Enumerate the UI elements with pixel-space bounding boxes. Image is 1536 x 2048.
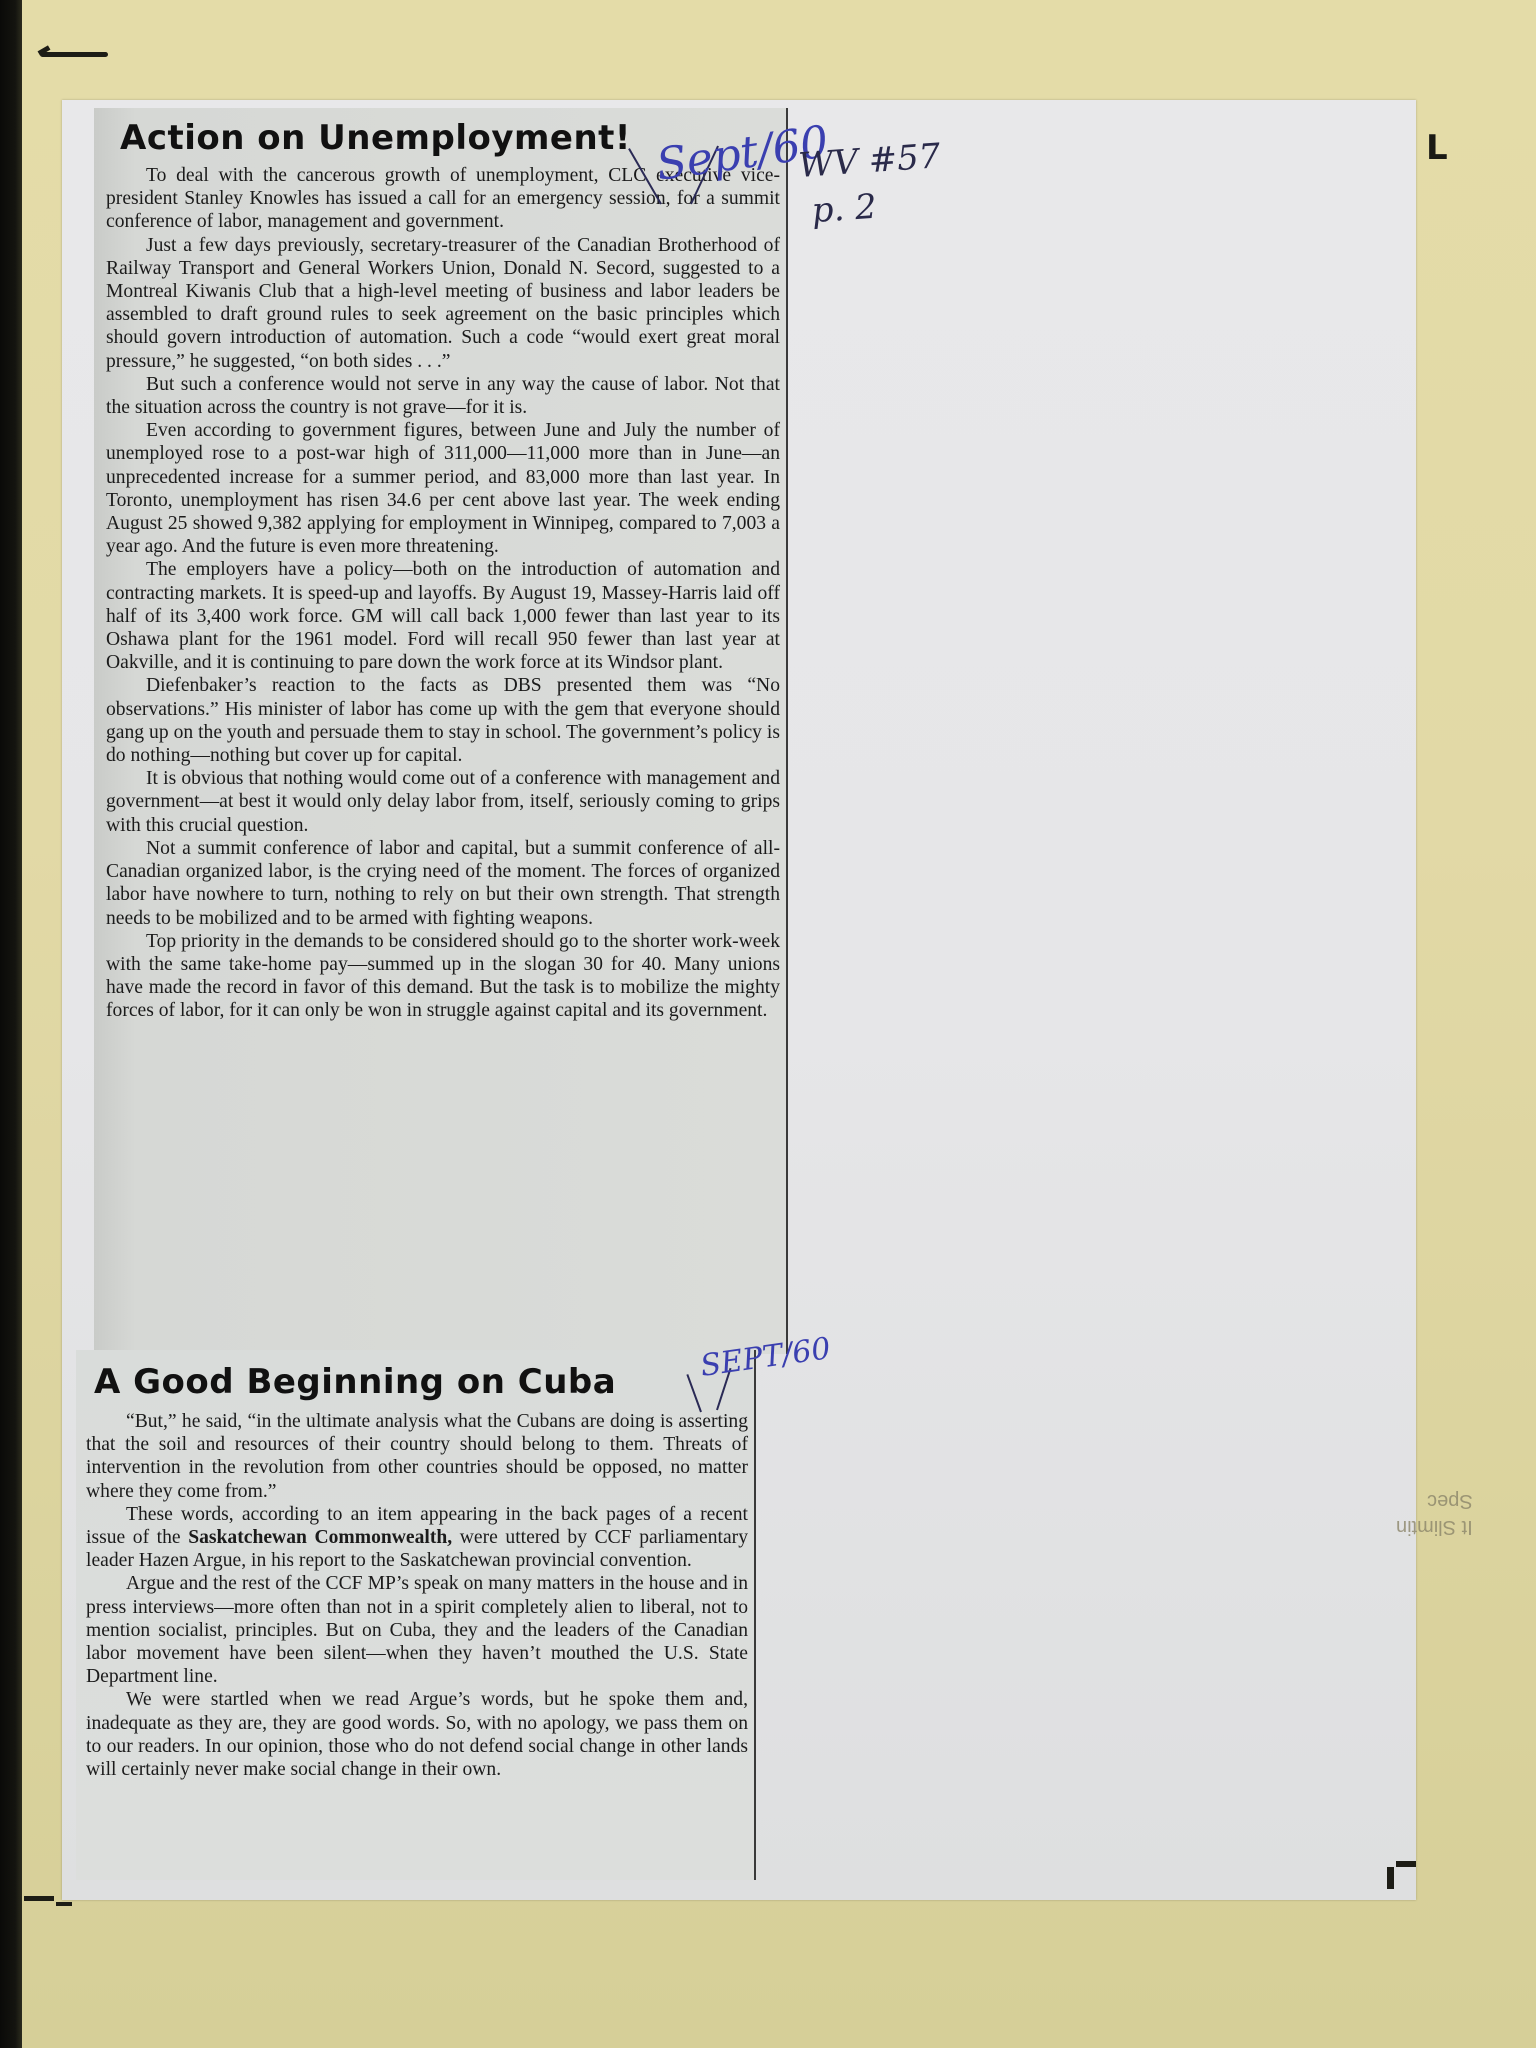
paragraph: Just a few days previously, secretary-tr… xyxy=(106,234,780,373)
paragraph: The employers have a policy—both on the … xyxy=(106,558,780,674)
crop-mark-bottom-right-vertical xyxy=(1387,1867,1394,1889)
clipping-cuba: A Good Beginning on Cuba “But,” he said,… xyxy=(76,1350,756,1880)
arrow-margin-mark xyxy=(40,52,108,57)
paragraph: These words, according to an item appear… xyxy=(86,1503,748,1573)
corner-letter-mark: L xyxy=(1426,128,1448,168)
paragraph: Top priority in the demands to be consid… xyxy=(106,930,780,1023)
handwritten-reference: WV #57 p. 2 xyxy=(797,133,945,235)
paragraph: Even according to government figures, be… xyxy=(106,419,780,558)
crop-mark-bottom-right xyxy=(1396,1861,1416,1867)
headline: A Good Beginning on Cuba xyxy=(76,1350,754,1410)
showthrough-line: Spec xyxy=(1396,1488,1473,1514)
publication-name: Saskatchewan Commonwealth, xyxy=(188,1527,452,1548)
scanner-binding-edge xyxy=(0,0,22,2048)
crop-mark-bottom-left xyxy=(24,1896,54,1901)
showthrough-text: It Slimtin Spec xyxy=(1396,1488,1473,1540)
crop-mark-bottom-left-tick xyxy=(56,1902,72,1906)
paragraph: Not a summit conference of labor and cap… xyxy=(106,837,780,930)
paragraph: But such a conference would not serve in… xyxy=(106,373,780,419)
paragraph: Diefenbaker’s reaction to the facts as D… xyxy=(106,674,780,767)
clipping-unemployment: Action on Unemployment! To deal with the… xyxy=(94,108,788,1354)
showthrough-line: It Slimtin xyxy=(1396,1514,1473,1540)
paragraph: Argue and the rest of the CCF MP’s speak… xyxy=(86,1572,748,1688)
article-body: To deal with the cancerous growth of une… xyxy=(94,164,786,1023)
paragraph: It is obvious that nothing would come ou… xyxy=(106,767,780,837)
paragraph: “But,” he said, “in the ultimate analysi… xyxy=(86,1410,748,1503)
paragraph: We were startled when we read Argue’s wo… xyxy=(86,1688,748,1781)
article-body: “But,” he said, “in the ultimate analysi… xyxy=(76,1410,754,1781)
